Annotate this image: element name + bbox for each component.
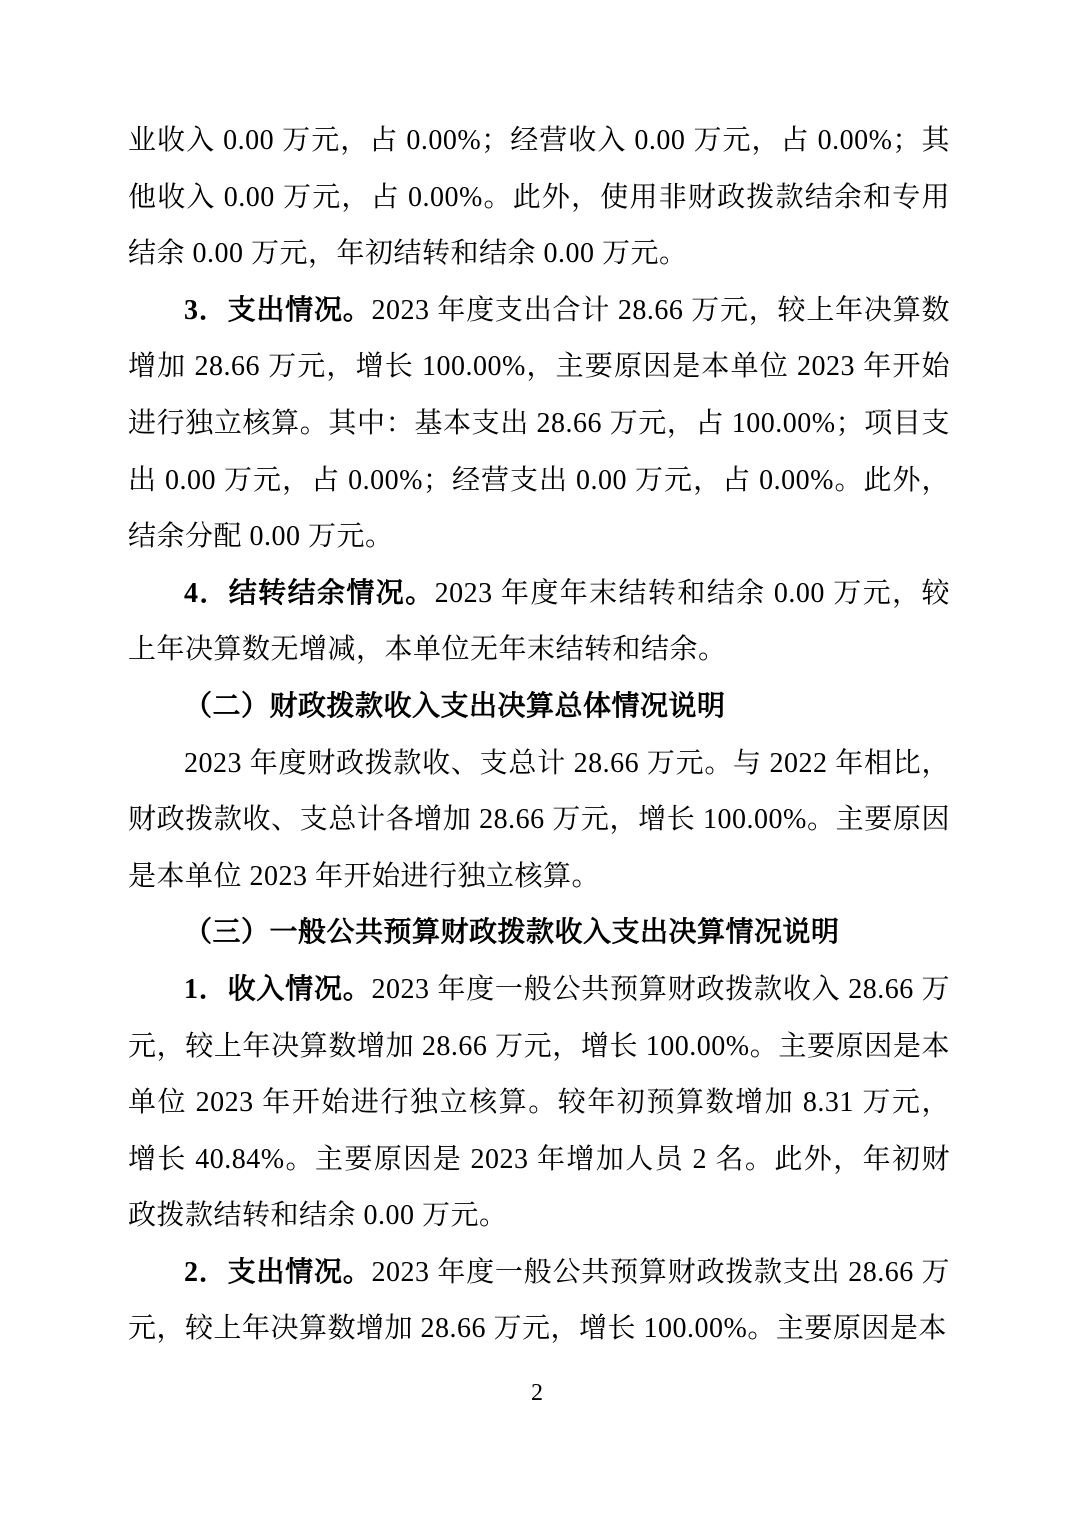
paragraph-fiscal-appropriation-total: 2023 年度财政拨款收、支总计 28.66 万元。与 2022 年相比，财政拨… (128, 736, 950, 906)
run-in-label-expenditure-2: 2．支出情况。 (184, 1257, 372, 1288)
paragraph-expenditure-situation: 2．支出情况。2023 年度一般公共预算财政拨款支出 28.66 万元，较上年决… (128, 1245, 950, 1358)
heading-section-3-general-public-budget: （三）一般公共预算财政拨款收入支出决算情况说明 (128, 905, 950, 962)
section-heading-text: （三）一般公共预算财政拨款收入支出决算情况说明 (184, 917, 840, 948)
run-in-label-expenditure: 3．支出情况。 (184, 295, 372, 326)
document-body: 业收入 0.00 万元，占 0.00%；经营收入 0.00 万元，占 0.00%… (128, 113, 950, 1358)
body-text: 2023 年度支出合计 28.66 万元，较上年决算数增加 28.66 万元，增… (128, 295, 950, 552)
paragraph-other-income-continuation: 业收入 0.00 万元，占 0.00%；经营收入 0.00 万元，占 0.00%… (128, 113, 950, 283)
body-text: 2023 年度财政拨款收、支总计 28.66 万元。与 2022 年相比，财政拨… (128, 748, 950, 892)
section-heading-text: （二）财政拨款收入支出决算总体情况说明 (184, 691, 726, 722)
body-text: 2023 年度一般公共预算财政拨款收入 28.66 万元，较上年决算数增加 28… (128, 974, 950, 1231)
paragraph-carryover-balance: 4．结转结余情况。2023 年度年末结转和结余 0.00 万元，较上年决算数无增… (128, 566, 950, 679)
page-number: 2 (531, 1380, 543, 1406)
body-text: 业收入 0.00 万元，占 0.00%；经营收入 0.00 万元，占 0.00%… (128, 125, 950, 269)
paragraph-expenditure-overview: 3．支出情况。2023 年度支出合计 28.66 万元，较上年决算数增加 28.… (128, 283, 950, 566)
paragraph-income-situation: 1．收入情况。2023 年度一般公共预算财政拨款收入 28.66 万元，较上年决… (128, 962, 950, 1245)
heading-section-2-fiscal-appropriation: （二）财政拨款收入支出决算总体情况说明 (128, 679, 950, 736)
page-footer: 2 (0, 1378, 1074, 1408)
run-in-label-carryover: 4．结转结余情况。 (184, 578, 435, 609)
document-page: 业收入 0.00 万元，占 0.00%；经营收入 0.00 万元，占 0.00%… (0, 0, 1074, 1520)
run-in-label-income: 1．收入情况。 (184, 974, 372, 1005)
